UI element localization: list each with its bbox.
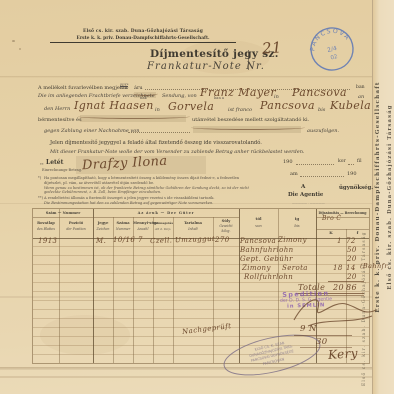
- body-line4-a: bérmentesítve és: [38, 117, 82, 123]
- body-line3-in: in: [155, 107, 160, 113]
- bottom-amount-1: 9 N: [300, 324, 317, 334]
- footnote1-hu-line2: díjrészlet, pl. vám, az átvevőtől utánvé…: [44, 181, 154, 186]
- entry-charge3-label: Gept. Gebühr: [240, 255, 293, 263]
- agency-a-label: A: [301, 184, 305, 190]
- col-mennyiseg: Mennyi-sége: [133, 221, 153, 225]
- entry-charge2-amount: 50: [347, 246, 357, 254]
- crease-line: [0, 376, 394, 378]
- col-suly: Súly: [213, 219, 239, 223]
- body-line5-a: gegen Zahlung einer Nachnahme von: [44, 128, 140, 134]
- body-line3-den-herrn: den Herrn: [44, 106, 70, 112]
- body-line5-b: auszufolgen.: [307, 128, 339, 134]
- margin-company-text-hu: Első cs. kir. szab. Duna-Gőzhajózási Tár…: [387, 0, 393, 394]
- letet-label-hu: Letét: [46, 159, 63, 166]
- footnote1-hu-line1: Ha pontosan megállapítható, hogy a bérme…: [44, 176, 239, 181]
- bis-place-handwritten: Kubela: [330, 99, 371, 112]
- entry-number: 10/16: [113, 236, 135, 244]
- col-krone: K: [316, 231, 346, 235]
- sender-place-handwritten: Pancsova: [292, 86, 347, 99]
- margin-company-text-de: Erste k. k. priv. Donau-Dampfschiffahrts…: [375, 0, 381, 394]
- col-von: von: [239, 224, 278, 228]
- col-group-number: Szám — Nummer: [33, 211, 93, 215]
- body-line3-bis: bis: [318, 107, 325, 113]
- bottom-rule-1: [294, 335, 352, 336]
- col-pozicio: Pozíció: [59, 221, 93, 225]
- strike-squiggle: [78, 114, 190, 119]
- entry-route2-to: Serota: [282, 264, 308, 272]
- entry-charge3-amount: 20: [347, 255, 357, 263]
- entry-charge2-label: Bahnfuhrlohn: [240, 246, 294, 254]
- footnote2-marker: **): [38, 196, 43, 201]
- entry-quantity: 7: [138, 236, 143, 244]
- entry-from: Pancsova: [240, 237, 276, 245]
- col-bis: bis: [278, 224, 316, 228]
- footnote2-hu: A rendeltetési állomás a fizetendő össze…: [44, 196, 215, 201]
- col-suly-kg: kilog.: [213, 229, 239, 233]
- entry-route2-k: 18: [333, 264, 343, 272]
- entry-margin-note: (Bahnfr.: [360, 262, 390, 270]
- fill-line: [300, 176, 344, 177]
- recipient-name-handwritten: Ignat Haasen: [74, 99, 154, 112]
- sum-rule: [328, 281, 364, 282]
- year-field-1: 190: [283, 159, 293, 165]
- company-name-hu: Első cs. kir. szab. Duna-Gőzhajózási Tár…: [55, 29, 231, 34]
- col-jegye: Jegye: [93, 221, 113, 225]
- company-name-de: Erste k. k. priv. Donau-Dampfschiffahrts…: [50, 36, 236, 43]
- col-szama-de: Nummer: [113, 227, 133, 231]
- entry-charge5-label: Rollfuhrlohn: [244, 273, 293, 281]
- entry-amount-f: 72: [346, 237, 356, 245]
- scanned-document-frankatur-note: Első cs. kir. szab. Duna-Gőzhajózási Tár…: [0, 0, 394, 394]
- col-suly-de: Gewicht: [213, 224, 239, 228]
- entry-route2-f: 14: [346, 264, 356, 272]
- pancsova-round-stamp: PANCSOVA 2/4 02: [300, 17, 363, 80]
- paper-speck: [12, 40, 15, 42]
- grid-line: [59, 209, 60, 363]
- entry-weight: 270: [215, 236, 230, 244]
- paper-speck: [19, 48, 21, 50]
- svg-text:2/4: 2/4: [327, 45, 338, 54]
- col-tartalma: Tartalma: [173, 221, 213, 225]
- entry-charge5-amount: 20: [347, 273, 357, 281]
- col-mennyiseg-de: Anzahl: [133, 227, 153, 231]
- am-label: am: [290, 171, 298, 177]
- body-line3-ist-franco: ist franco: [228, 107, 252, 113]
- agency-hu-label: ügynökség.: [339, 185, 373, 191]
- fill-line: [348, 164, 354, 165]
- col-ig: ig: [278, 217, 316, 221]
- letet-marker: **: [40, 163, 44, 168]
- fill-line: [128, 132, 190, 133]
- entry-amount-k: 1: [337, 237, 342, 245]
- year-field-2: 190: [347, 171, 357, 177]
- sender-name-handwritten: Franz Mayer: [200, 86, 276, 99]
- footnote1-marker: *): [38, 176, 41, 181]
- fil-label: fil: [357, 159, 362, 164]
- col-rovatlap: Rovatlap: [33, 221, 59, 225]
- recipient-place-handwritten: Gorvela: [168, 100, 214, 113]
- body-line6: Jelen díjmentesítő jegygyel a feladó ált…: [50, 140, 262, 146]
- body-line1-suffix: ban: [356, 85, 365, 90]
- fraction-bottom: teher: [120, 87, 128, 90]
- col-jegye-de: Zeichen: [93, 227, 113, 231]
- svg-text:02: 02: [330, 54, 338, 62]
- body-line7: Mit dieser Frankatur-Note wolle der vom …: [50, 149, 305, 155]
- footnote1-de-line2: gedeckte Gebührenrest, z. B. Zoll, beim …: [44, 190, 161, 195]
- franco-place-handwritten: Pancsova: [260, 99, 315, 112]
- agency-de-label: Die Agentie: [288, 192, 323, 198]
- entry-position: 1913: [38, 237, 57, 245]
- body-line4-b: utánvétel beszedése mellett szolgáltatan…: [192, 117, 309, 123]
- col-group-goods: Az áruk — Der Güter: [93, 211, 239, 215]
- fill-line: [296, 164, 334, 165]
- kor-label: kor: [338, 159, 346, 164]
- body-line1-fraction: gyors teher: [120, 83, 128, 91]
- col-pozicio-de: der Position: [59, 227, 93, 231]
- body-line2-printed-b: Sendung, von: [162, 93, 197, 99]
- fold-band: [0, 367, 394, 370]
- bottom-amount-2: 30: [316, 337, 328, 347]
- entry-route2-from: Zimony: [242, 264, 271, 272]
- note-number-handwritten: 21: [261, 38, 282, 57]
- entry-to: Zimony: [278, 236, 307, 244]
- bottom-signature: Kery: [328, 346, 359, 362]
- strike-squiggle: [191, 125, 305, 130]
- col-filler: f: [346, 231, 369, 235]
- col-csomagolas-de: Art d. Verp.: [153, 227, 173, 231]
- col-rovatlap-de: des Blattes: [33, 227, 59, 231]
- col-csomagolas: Csomagolás: [153, 221, 173, 225]
- suffix-nak: nak: [140, 96, 147, 101]
- grid-line: [93, 209, 94, 363]
- title-rule: [248, 50, 249, 70]
- col-tol: tól: [239, 217, 278, 221]
- col-szama: Száma: [113, 221, 133, 225]
- footnote2-de: Die Bestimmungsstation hat den zu zahlen…: [44, 201, 213, 206]
- entry-mark: M.: [96, 237, 106, 245]
- body-line1-printed: A mellékelt fuvarlevélben megjelölt: [38, 85, 128, 91]
- agency-divider: ————— · —————: [292, 201, 325, 205]
- crease-line: [0, 76, 394, 78]
- form-title-hu: Díjmentesítő jegy sz.: [150, 48, 279, 60]
- suffix-ban-a: ban a: [214, 96, 224, 101]
- header-rule: [316, 229, 369, 230]
- col-tartalma-de: Inhalt: [173, 227, 213, 231]
- header-rule: [33, 217, 239, 218]
- entry-calc-note: Bro Č: [322, 215, 341, 222]
